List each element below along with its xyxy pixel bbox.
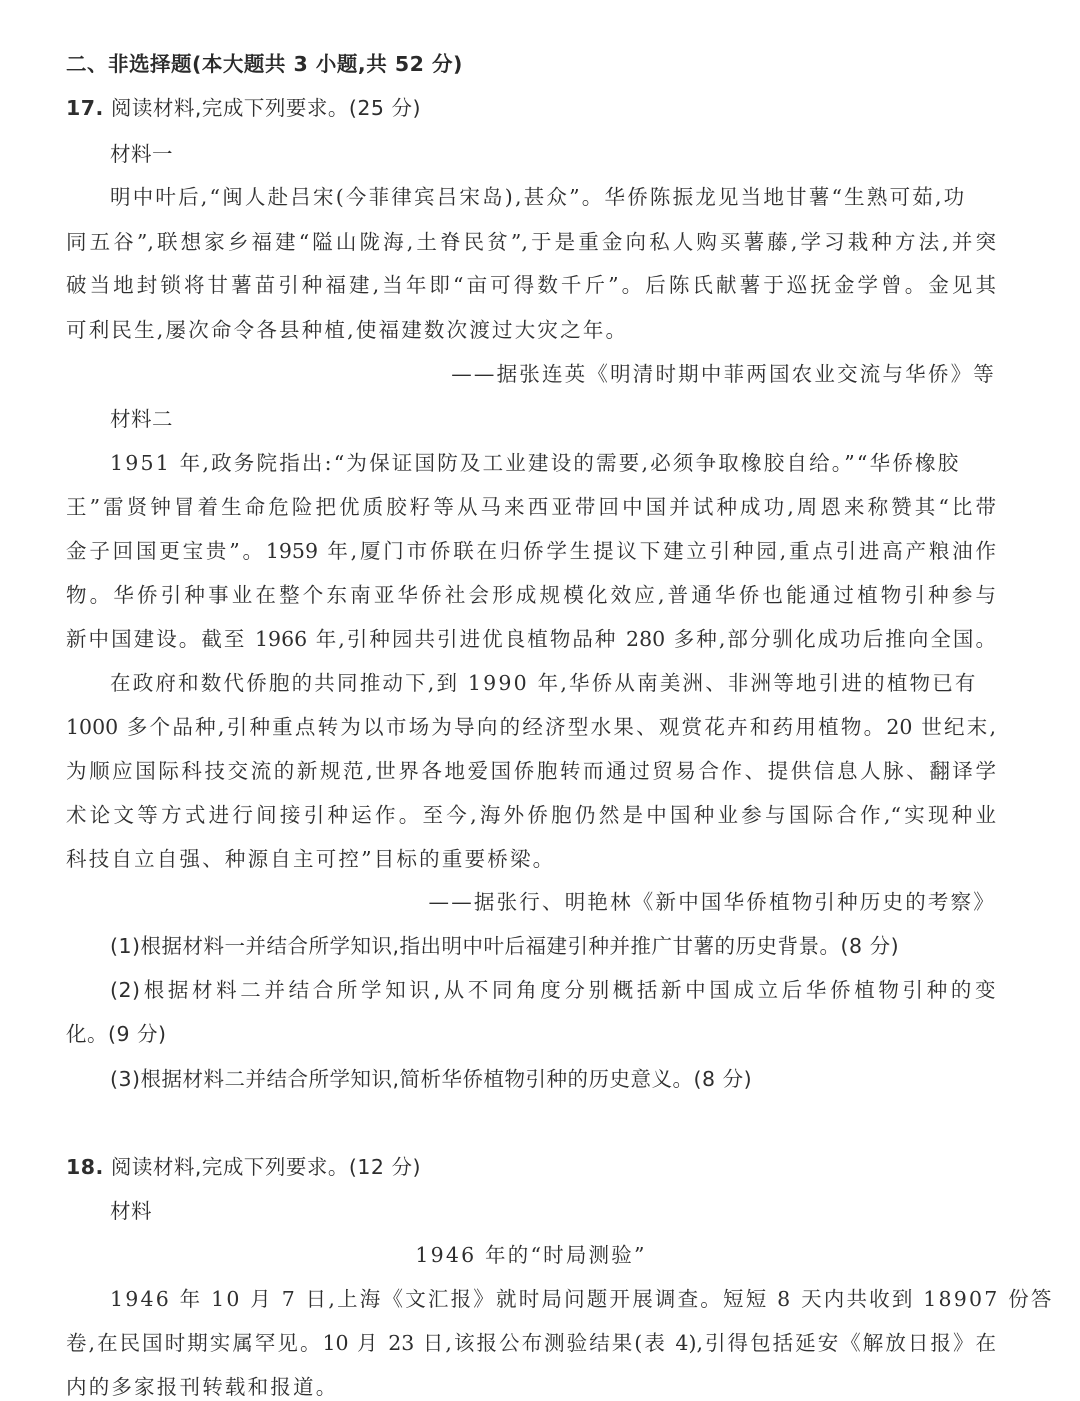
- material-2-line: 金子回国更宝贵”。1959 年,厦门市侨联在归侨学生提议下建立引种园,重点引进高…: [66, 537, 996, 565]
- material-1-source: ——据张连英《明清时期中菲两国农业交流与华侨》等: [66, 360, 996, 388]
- material-1-line: 明中叶后,“闽人赴吕宋(今菲律宾吕宋岛),甚众”。华侨陈振龙见当地甘薯“生熟可茹…: [110, 183, 996, 211]
- q18-material-line: 内的多家报刊转载和报道。: [66, 1373, 996, 1401]
- material-2-line: 王”雷贤钟冒着生命危险把优质胶籽等从马来西亚带回中国并试种成功,周恩来称赞其“比…: [66, 493, 996, 521]
- question-18-stem: 18. 阅读材料,完成下列要求。(12 分): [66, 1153, 996, 1181]
- question-18-text: 阅读材料,完成下列要求。(12 分): [111, 1155, 421, 1179]
- material-2-line: 术论文等方式进行间接引种运作。至今,海外侨胞仍然是中国种业参与国际合作,“实现种…: [66, 801, 996, 829]
- q18-material-line: 1946 年 10 月 7 日,上海《文汇报》就时局问题开展调查。短短 8 天内…: [110, 1285, 996, 1313]
- question-17-subquestion-2: (2)根据材料二并结合所学知识,从不同角度分别概括新中国成立后华侨植物引种的变: [110, 976, 996, 1004]
- q18-material-label: 材料: [110, 1197, 996, 1225]
- material-2-source: ——据张行、明艳林《新中国华侨植物引种历史的考察》: [66, 888, 996, 916]
- material-2-line: 新中国建设。截至 1966 年,引种园共引进优良植物品种 280 多种,部分驯化…: [66, 625, 996, 653]
- question-17-subquestion-1: (1)根据材料一并结合所学知识,指出明中叶后福建引种并推广甘薯的历史背景。(8 …: [110, 932, 996, 960]
- material-1-line: 可利民生,屡次命令各县种植,使福建数次渡过大灾之年。: [66, 316, 996, 344]
- question-17-stem: 17. 阅读材料,完成下列要求。(25 分): [66, 94, 996, 122]
- question-17-subquestion-3: (3)根据材料二并结合所学知识,简析华侨植物引种的历史意义。(8 分): [110, 1065, 996, 1093]
- section-header: 二、非选择题(本大题共 3 小题,共 52 分): [66, 50, 996, 78]
- material-2-line: 科技自立自强、种源自主可控”目标的重要桥梁。: [66, 845, 996, 873]
- material-2-line: 为顺应国际科技交流的新规范,世界各地爱国侨胞转而通过贸易合作、提供信息人脉、翻译…: [66, 757, 996, 785]
- material-2-line: 在政府和数代侨胞的共同推动下,到 1990 年,华侨从南美洲、非洲等地引进的植物…: [110, 669, 996, 697]
- question-17-number: 17.: [66, 96, 104, 120]
- material-1-line: 破当地封锁将甘薯苗引种福建,当年即“亩可得数千斤”。后陈氏献薯于巡抚金学曾。金见…: [66, 271, 996, 299]
- question-17-subquestion-2-cont: 化。(9 分): [66, 1020, 996, 1048]
- question-17-text: 阅读材料,完成下列要求。(25 分): [111, 96, 421, 120]
- q18-material-line: 卷,在民国时期实属罕见。10 月 23 日,该报公布测验结果(表 4),引得包括…: [66, 1329, 996, 1357]
- material-2-label: 材料二: [110, 405, 996, 433]
- question-18-number: 18.: [66, 1155, 104, 1179]
- q18-material-title: 1946 年的“时局测验”: [66, 1241, 996, 1269]
- material-2-line: 1000 多个品种,引种重点转为以市场为导向的经济型水果、观赏花卉和药用植物。2…: [66, 713, 996, 741]
- material-2-line: 物。华侨引种事业在整个东南亚华侨社会形成规模化效应,普通华侨也能通过植物引种参与: [66, 581, 996, 609]
- material-1-line: 同五谷”,联想家乡福建“隘山陇海,土脊民贫”,于是重金向私人购买薯藤,学习栽种方…: [66, 228, 996, 256]
- material-1-label: 材料一: [110, 140, 996, 168]
- material-2-line: 1951 年,政务院指出:“为保证国防及工业建设的需要,必须争取橡胶自给。”“华…: [110, 449, 996, 477]
